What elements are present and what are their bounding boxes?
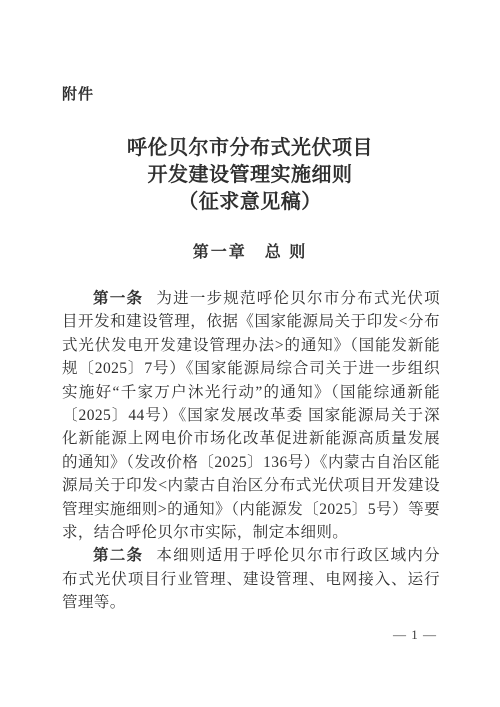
article-2: 第二条本细则适用于呼伦贝尔市行政区域内分布式光伏项目行业管理、建设管理、电网接入… <box>62 544 440 614</box>
attachment-label: 附件 <box>62 86 438 104</box>
article-2-label: 第二条 <box>93 547 143 564</box>
page-number: — 1 — <box>393 627 437 643</box>
document-title: 呼伦贝尔市分布式光伏项目 开发建设管理实施细则 （征求意见稿） <box>0 135 500 216</box>
article-1: 第一条为进一步规范呼伦贝尔市分布式光伏项目开发和建设管理，依据《国家能源局关于印… <box>62 287 440 544</box>
article-1-text: 为进一步规范呼伦贝尔市分布式光伏项目开发和建设管理，依据《国家能源局关于印发<分… <box>62 290 440 541</box>
article-1-label: 第一条 <box>93 290 143 307</box>
document-page: 附件 呼伦贝尔市分布式光伏项目 开发建设管理实施细则 （征求意见稿） 第一章 总… <box>0 0 500 707</box>
title-line-2: 开发建设管理实施细则 <box>0 162 500 189</box>
chapter-heading: 第一章 总 则 <box>0 242 500 264</box>
title-line-1: 呼伦贝尔市分布式光伏项目 <box>0 135 500 162</box>
title-line-3: （征求意见稿） <box>0 189 500 216</box>
document-body: 第一条为进一步规范呼伦贝尔市分布式光伏项目开发和建设管理，依据《国家能源局关于印… <box>62 287 440 615</box>
